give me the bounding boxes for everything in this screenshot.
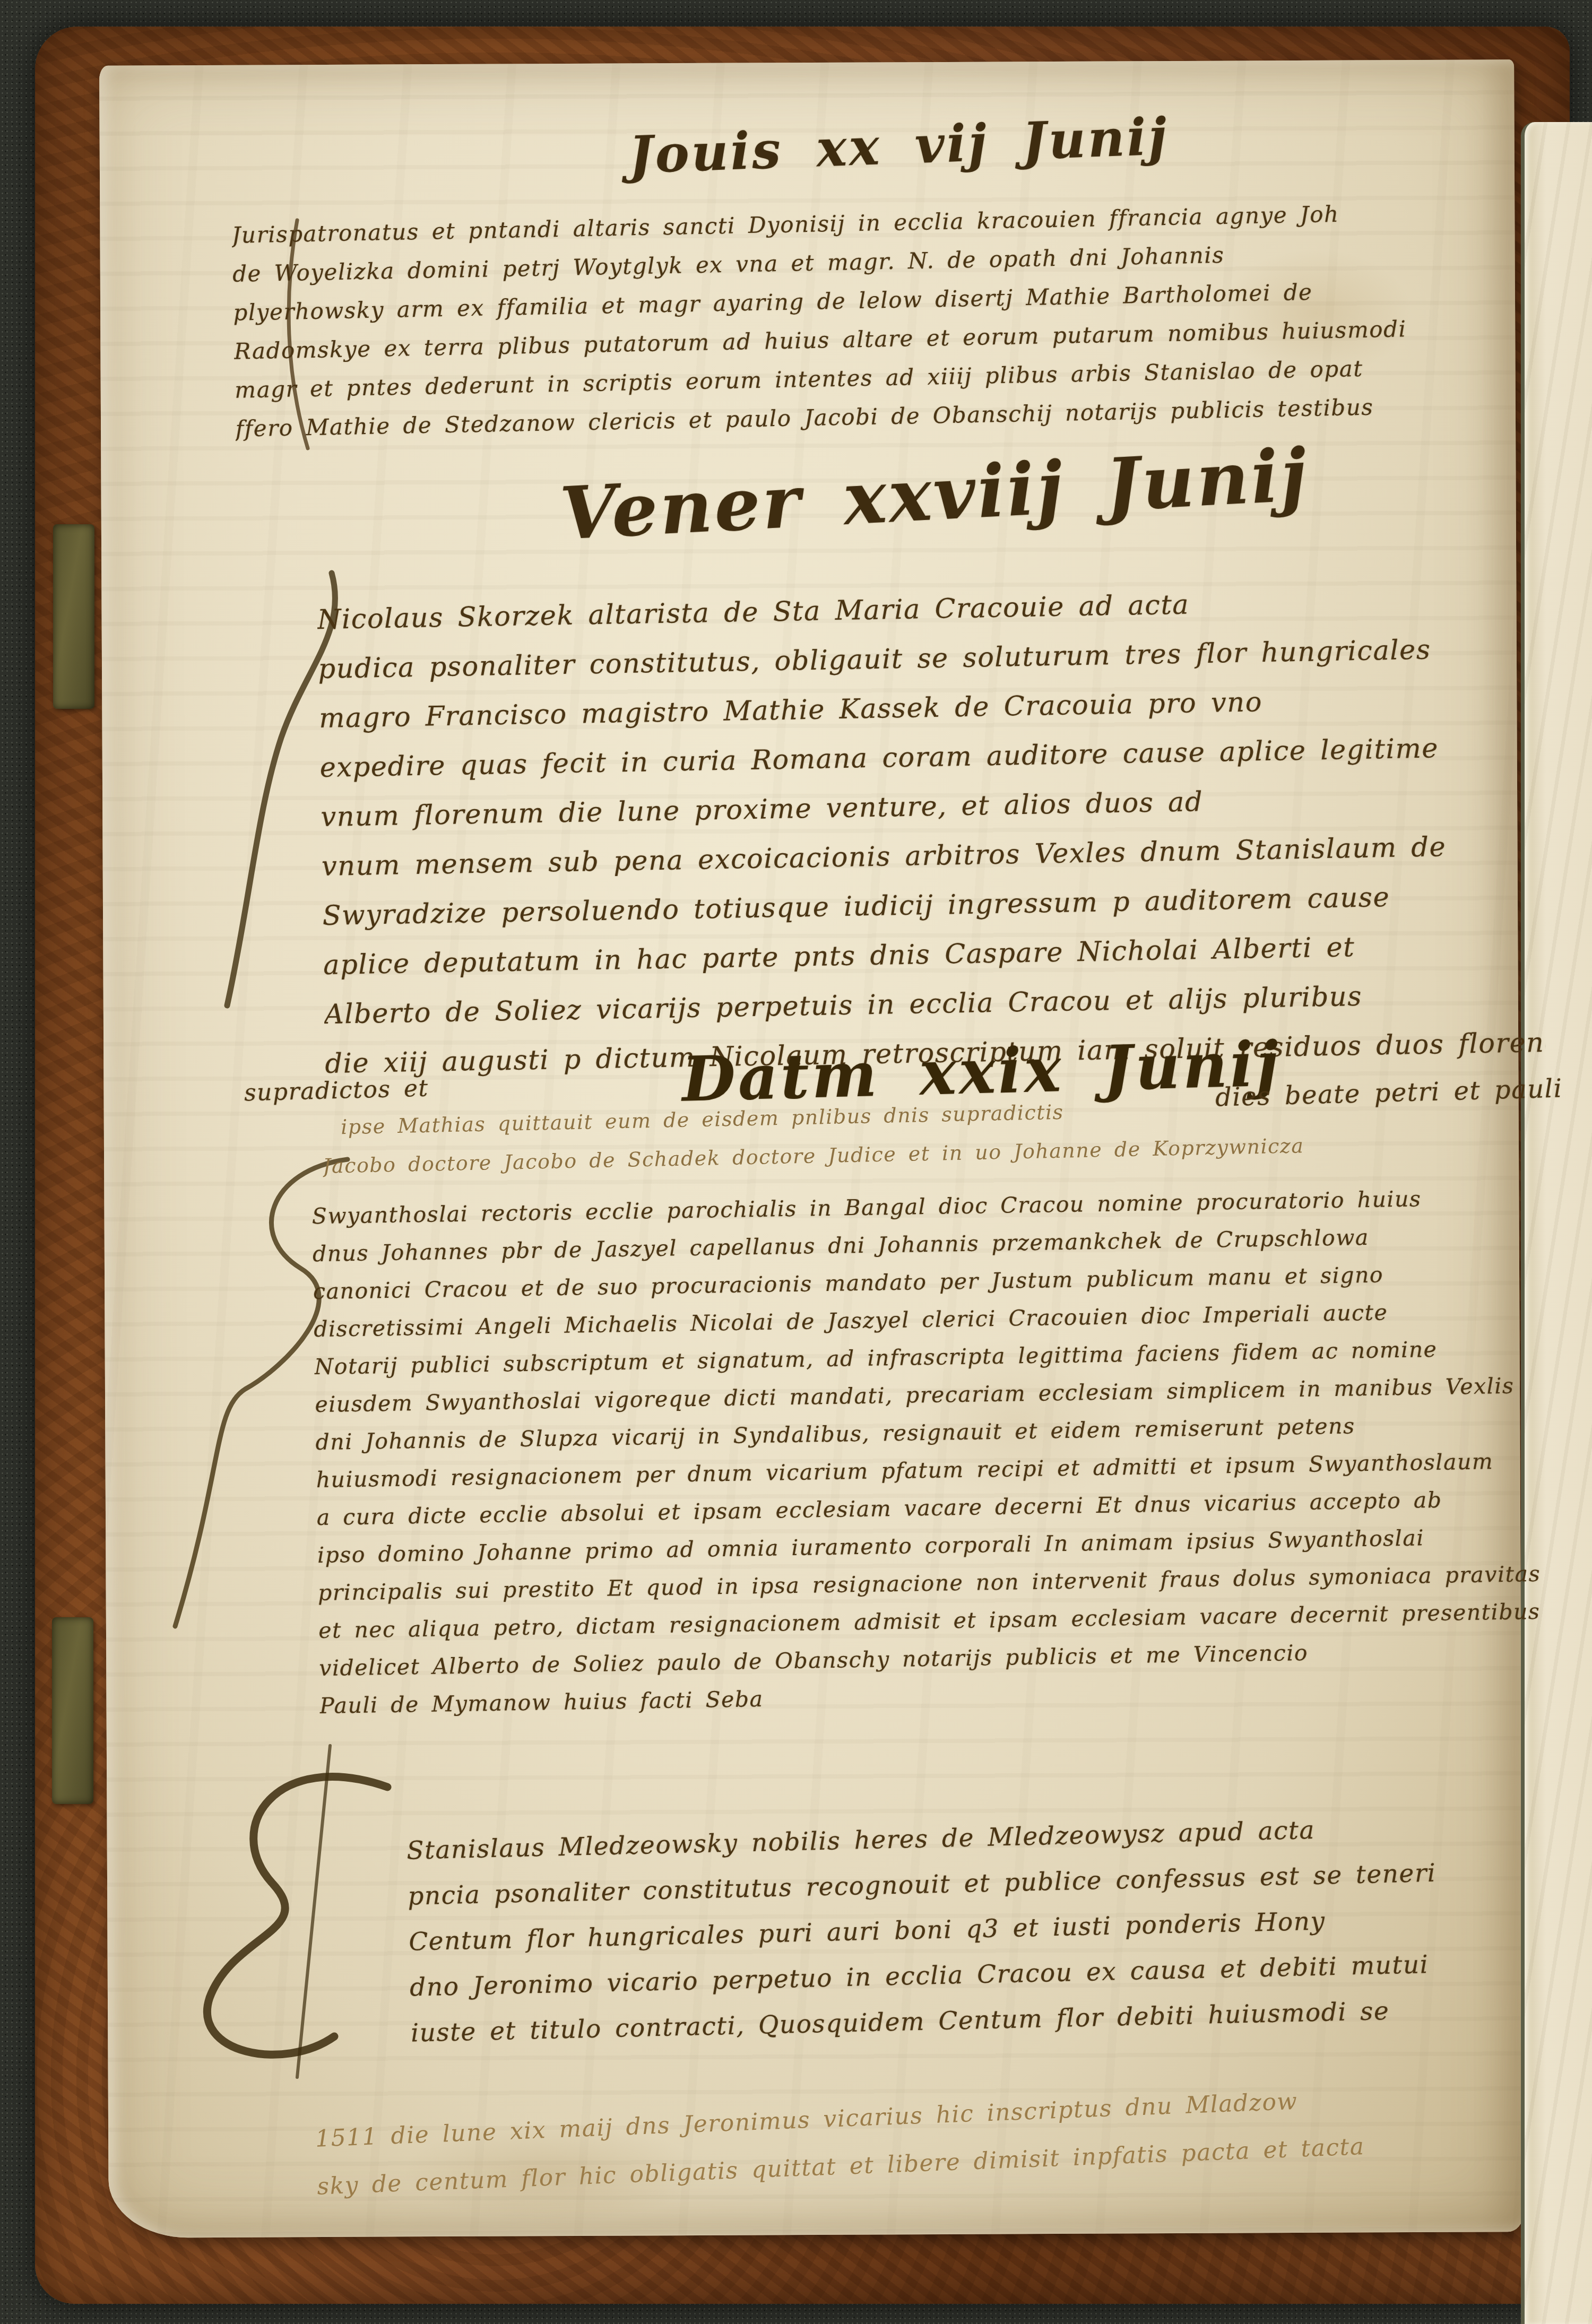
entry-2-text: Nicolaus Skorzek altarista de Sta Maria … [317, 574, 1546, 1089]
entry-4-text: Stanislaus Mledzeowsky nobilis heres de … [406, 1801, 1592, 2056]
entry-3-text: Swyanthoslai rectoris ecclie parochialis… [312, 1177, 1592, 1725]
datum-prefix: supradictos et [244, 1074, 429, 1106]
book-clasp-top [53, 524, 94, 709]
manuscript-photo: Jouis xx vij Junij Jurispatronatus et pn… [0, 0, 1592, 2324]
entry-1-text: Jurispatronatus et pntandi altaris sanct… [231, 190, 1546, 448]
book-clasp-bottom [52, 1617, 93, 1804]
